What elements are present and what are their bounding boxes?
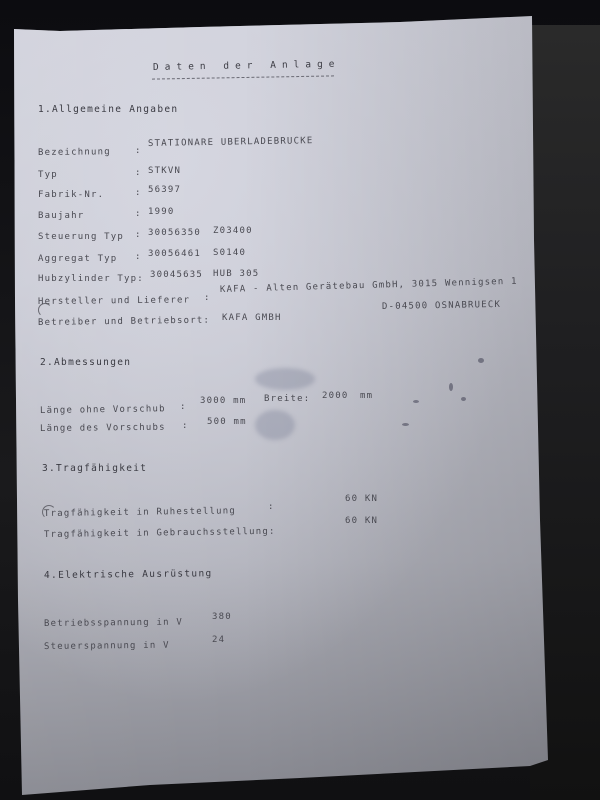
- section-heading-electrical: 4.Elektrische Ausrüstung: [44, 568, 213, 581]
- field-sep: :: [182, 421, 189, 431]
- stain: [255, 368, 315, 390]
- field-label-baujahr: Baujahr: [38, 211, 84, 221]
- field-value2-hubzylinder-typ: HUB 305: [213, 269, 259, 279]
- field-value-laenge-ohne-vorschub: 3000 mm: [200, 396, 246, 406]
- field-label-steuerung-typ: Steuerung Typ: [38, 232, 124, 242]
- field-value-ruhestellung: 60 KN: [345, 494, 378, 504]
- field-value2-aggregat-typ: S0140: [213, 248, 246, 258]
- stain: [449, 383, 453, 391]
- field-value-gebrauchsstellung: 60 KN: [345, 516, 378, 526]
- field-label-steuerspannung: Steuerspannung in V: [44, 641, 170, 652]
- section-heading-dimensions: 2.Abmessungen: [40, 357, 131, 368]
- field-label-hubzylinder-typ: Hubzylinder Typ:: [38, 274, 144, 284]
- field-label-aggregat-typ: Aggregat Typ: [38, 254, 117, 264]
- field-value-typ: STKVN: [148, 166, 181, 176]
- section-heading-load-capacity: 3.Tragfähigkeit: [42, 463, 147, 474]
- stain: [478, 358, 484, 363]
- field-label-fabrik-nr: Fabrik-Nr.: [38, 190, 104, 200]
- field-value-steuerung-typ: 30056350: [148, 228, 201, 238]
- field-sep: :: [135, 252, 142, 262]
- field-label-typ: Typ: [38, 170, 58, 180]
- field-sep: :: [135, 230, 142, 240]
- section-heading-general: 1.Allgemeine Angaben: [38, 104, 178, 115]
- field-value-fabrik-nr: 56397: [148, 185, 181, 195]
- stain: [413, 400, 419, 403]
- field-value-laenge-des-vorschubs: 500 mm: [207, 417, 247, 427]
- field-label-laenge-des-vorschubs: Länge des Vorschubs: [40, 423, 166, 434]
- stain: [402, 423, 409, 426]
- field-label-hersteller: Hersteller und Lieferer: [38, 295, 190, 307]
- field-value-aggregat-typ: 30056461: [148, 249, 201, 259]
- field-value2-betreiber: D-04500 OSNABRUECK: [382, 300, 501, 312]
- field-sep: :: [180, 402, 187, 412]
- field-label-laenge-ohne-vorschub: Länge ohne Vorschub: [40, 404, 166, 416]
- field-value-hubzylinder-typ: 30045635: [150, 270, 203, 280]
- field-unit-breite: mm: [360, 391, 373, 401]
- field-value-betreiber: KAFA GMBH: [222, 313, 282, 323]
- field-value-betriebsspannung: 380: [212, 612, 232, 622]
- field-sep: :: [268, 502, 275, 512]
- stain: [461, 397, 466, 401]
- stain: [255, 410, 295, 440]
- field-sep: :: [204, 293, 211, 303]
- field-value-breite: 2000: [322, 391, 348, 401]
- field-label-bezeichnung: Bezeichnung: [38, 147, 111, 158]
- field-sep: :: [135, 188, 142, 198]
- field-label-betriebsspannung: Betriebsspannung in V: [44, 618, 183, 629]
- field-sep: :: [135, 209, 142, 219]
- field-label-breite: Breite:: [264, 394, 310, 404]
- field-value-steuerspannung: 24: [212, 635, 225, 645]
- field-value-baujahr: 1990: [148, 207, 174, 217]
- field-sep: :: [135, 146, 142, 156]
- field-value2-steuerung-typ: Z03400: [213, 226, 253, 236]
- field-sep: :: [135, 168, 142, 178]
